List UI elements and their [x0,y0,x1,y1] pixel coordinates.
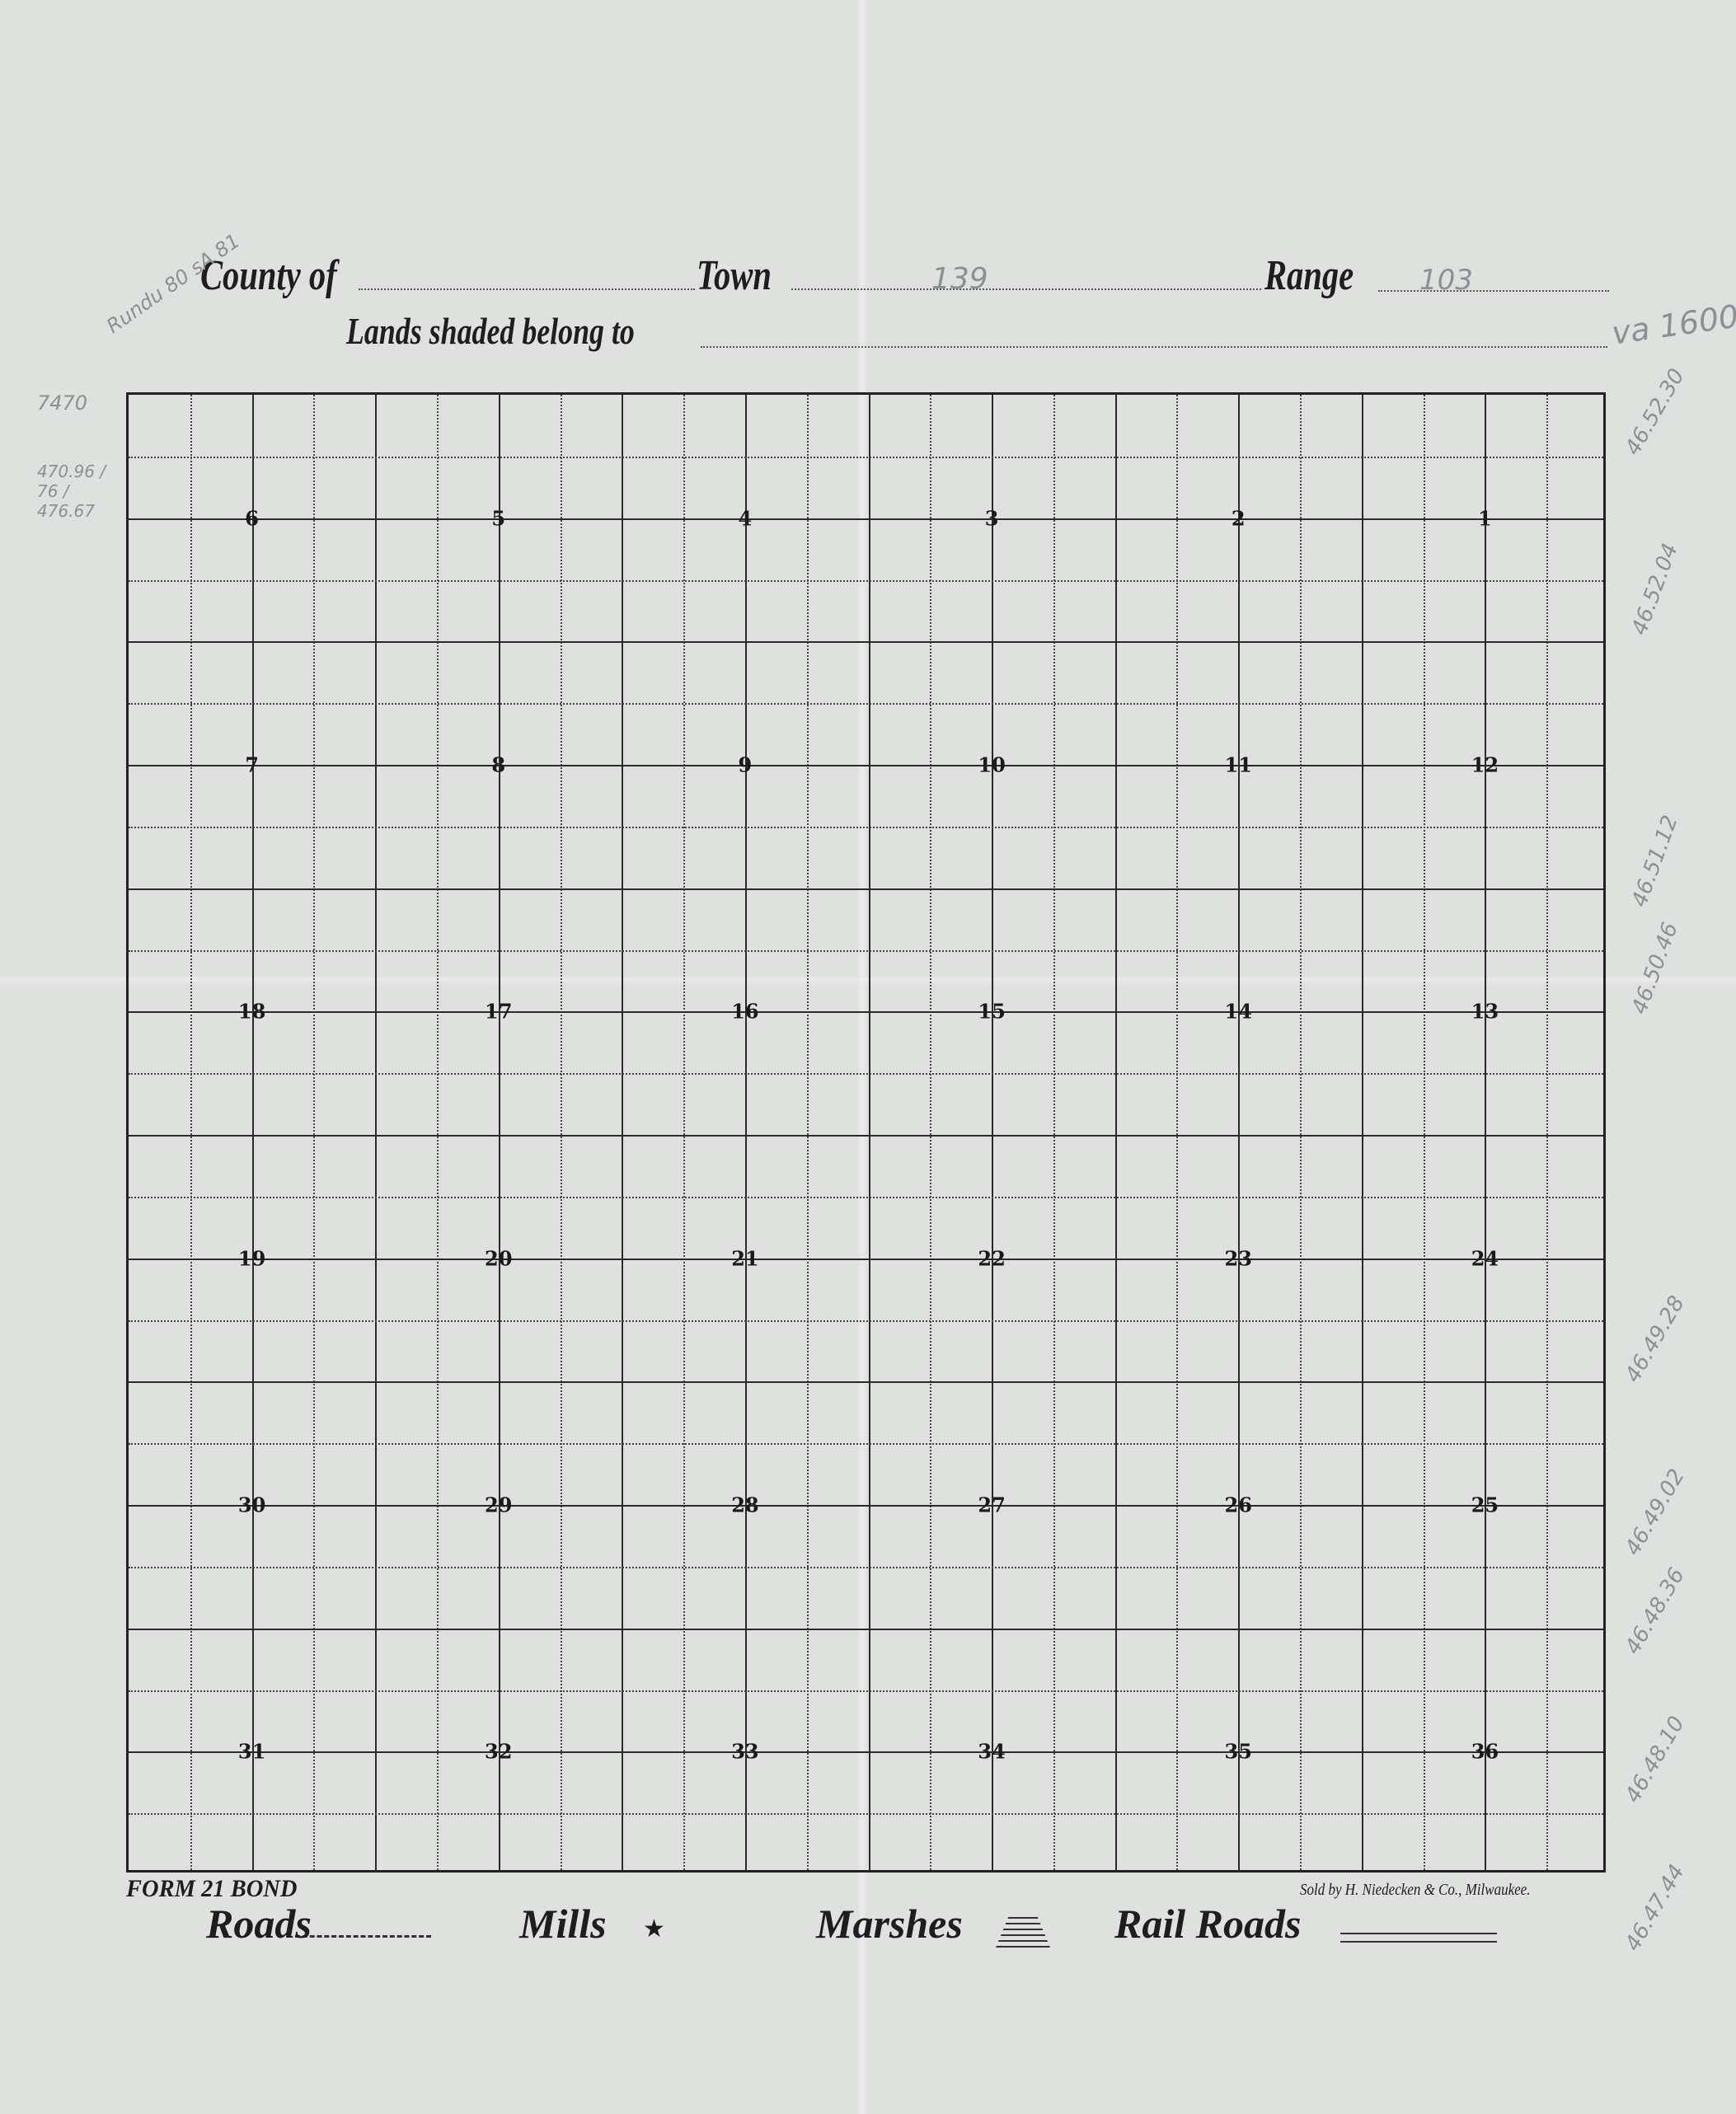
note-right-7: 46.48.36 [1621,1563,1690,1658]
township-grid: 6543217891011121817161514131920212223243… [126,392,1606,1873]
section-number[interactable]: 11 [1225,753,1252,777]
section-number[interactable]: 35 [1225,1740,1252,1764]
quarter-line [129,518,1603,520]
town-field[interactable] [791,288,1261,290]
section-number[interactable]: 18 [238,1000,265,1024]
note-left-2: 470.96 / 76 / 476.67 [37,462,111,521]
quarter-line [129,1011,1603,1013]
section-number[interactable]: 28 [731,1493,758,1517]
quarter-line [252,395,254,1870]
section-number[interactable]: 22 [978,1246,1005,1270]
section-number[interactable]: 13 [1471,1000,1499,1024]
legend-marshes: Marshes [816,1900,963,1948]
note-right-1: 46.52.30 [1621,364,1690,459]
section-line [622,395,623,1870]
section-number[interactable]: 2 [1232,506,1246,530]
quarter-quarter-line [129,457,1603,458]
quarter-quarter-line [129,1813,1603,1815]
quarter-line [992,395,993,1870]
road-symbol [295,1935,431,1938]
section-number[interactable]: 15 [978,1000,1005,1024]
quarter-quarter-line [129,1320,1603,1322]
section-number[interactable]: 4 [739,506,753,530]
section-number[interactable]: 21 [731,1246,758,1270]
owner-field[interactable] [701,346,1607,348]
legend-roads: Roads [206,1900,431,1948]
section-number[interactable]: 34 [978,1740,1005,1764]
marsh-icon [996,1915,1050,1948]
section-line [869,395,870,1870]
quarter-quarter-line [683,395,685,1870]
quarter-line [129,1259,1603,1260]
section-line [129,1381,1603,1383]
quarter-quarter-line [437,395,439,1870]
section-number[interactable]: 24 [1471,1246,1499,1270]
owner-label: Lands shaded belong to [346,309,635,353]
note-right-8: 46.48.10 [1621,1712,1690,1807]
section-number[interactable]: 23 [1225,1246,1252,1270]
note-right-3: 46.51.12 [1627,812,1683,910]
note-left-1: 7470 [37,391,87,415]
section-number[interactable]: 12 [1471,753,1499,777]
quarter-quarter-line [1176,395,1178,1870]
section-number[interactable]: 26 [1225,1493,1252,1517]
note-right-9: 46.47.44 [1621,1860,1690,1955]
quarter-quarter-line [129,1073,1603,1075]
range-value: 103 [1419,264,1473,297]
town-label: Town [697,251,772,300]
quarter-quarter-line [1546,395,1548,1870]
form-id: FORM 21 BOND [126,1875,297,1903]
quarter-quarter-line [561,395,562,1870]
survey-plat-sheet: County of Town 139 Range 103 Lands shade… [0,0,1736,2114]
note-top-right: va 1600 [1610,298,1736,351]
quarter-quarter-line [1053,395,1055,1870]
section-number[interactable]: 32 [485,1740,512,1764]
quarter-quarter-line [129,703,1603,705]
section-number[interactable]: 29 [485,1493,512,1517]
section-number[interactable]: 6 [245,506,259,530]
note-right-2: 46.52.04 [1627,540,1683,638]
range-field[interactable] [1378,290,1609,292]
section-line [1115,395,1117,1870]
section-number[interactable]: 17 [485,1000,512,1024]
section-line [129,641,1603,643]
quarter-quarter-line [129,827,1603,828]
legend-marshes-label: Marshes [816,1901,963,1947]
legend-railroads: Rail Roads [1114,1900,1301,1948]
section-line [129,1629,1603,1630]
section-number[interactable]: 20 [485,1246,512,1270]
range-label: Range [1264,251,1354,300]
quarter-quarter-line [129,580,1603,582]
quarter-line [129,765,1603,766]
railroad-symbol [1340,1933,1497,1943]
section-number[interactable]: 9 [739,753,753,777]
section-line [1362,395,1363,1870]
quarter-quarter-line [129,1567,1603,1568]
star-icon: ★ [643,1915,665,1943]
note-right-5: 46.49.28 [1621,1291,1690,1386]
legend-roads-label: Roads [206,1901,312,1947]
quarter-line [129,1751,1603,1753]
quarter-quarter-line [190,395,192,1870]
quarter-line [499,395,500,1870]
town-value: 139 [931,262,988,296]
section-number[interactable]: 1 [1478,506,1492,530]
legend-railroads-label: Rail Roads [1114,1901,1301,1947]
legend-mills-label: Mills [519,1901,607,1947]
note-right-4: 46.50.46 [1627,919,1683,1017]
section-number[interactable]: 33 [731,1740,758,1764]
section-number[interactable]: 5 [491,506,505,530]
section-number[interactable]: 25 [1471,1493,1499,1517]
section-line [375,395,377,1870]
section-number[interactable]: 19 [238,1246,265,1270]
quarter-line [1238,395,1240,1870]
legend-mills: Mills ★ [519,1900,607,1948]
section-number[interactable]: 7 [245,753,259,777]
quarter-quarter-line [129,1197,1603,1198]
quarter-quarter-line [129,1443,1603,1445]
section-number[interactable]: 36 [1471,1740,1499,1764]
quarter-quarter-line [313,395,315,1870]
publisher: Sold by H. Niedecken & Co., Milwaukee. [1300,1881,1530,1900]
quarter-quarter-line [930,395,931,1870]
section-number[interactable]: 30 [238,1493,265,1517]
section-number[interactable]: 27 [978,1493,1005,1517]
quarter-quarter-line [129,1690,1603,1692]
section-line [129,1135,1603,1137]
quarter-quarter-line [1300,395,1302,1870]
quarter-line [745,395,747,1870]
quarter-quarter-line [1424,395,1425,1870]
quarter-quarter-line [129,950,1603,952]
note-right-6: 46.49.02 [1621,1465,1690,1559]
section-number[interactable]: 3 [985,506,999,530]
quarter-line [129,1505,1603,1507]
quarter-line [1485,395,1486,1870]
section-number[interactable]: 31 [238,1740,265,1764]
section-line [129,888,1603,890]
county-field[interactable] [359,288,695,290]
section-number[interactable]: 10 [978,753,1005,777]
quarter-quarter-line [807,395,809,1870]
section-number[interactable]: 14 [1225,1000,1252,1024]
section-number[interactable]: 8 [491,753,505,777]
section-number[interactable]: 16 [731,1000,758,1024]
